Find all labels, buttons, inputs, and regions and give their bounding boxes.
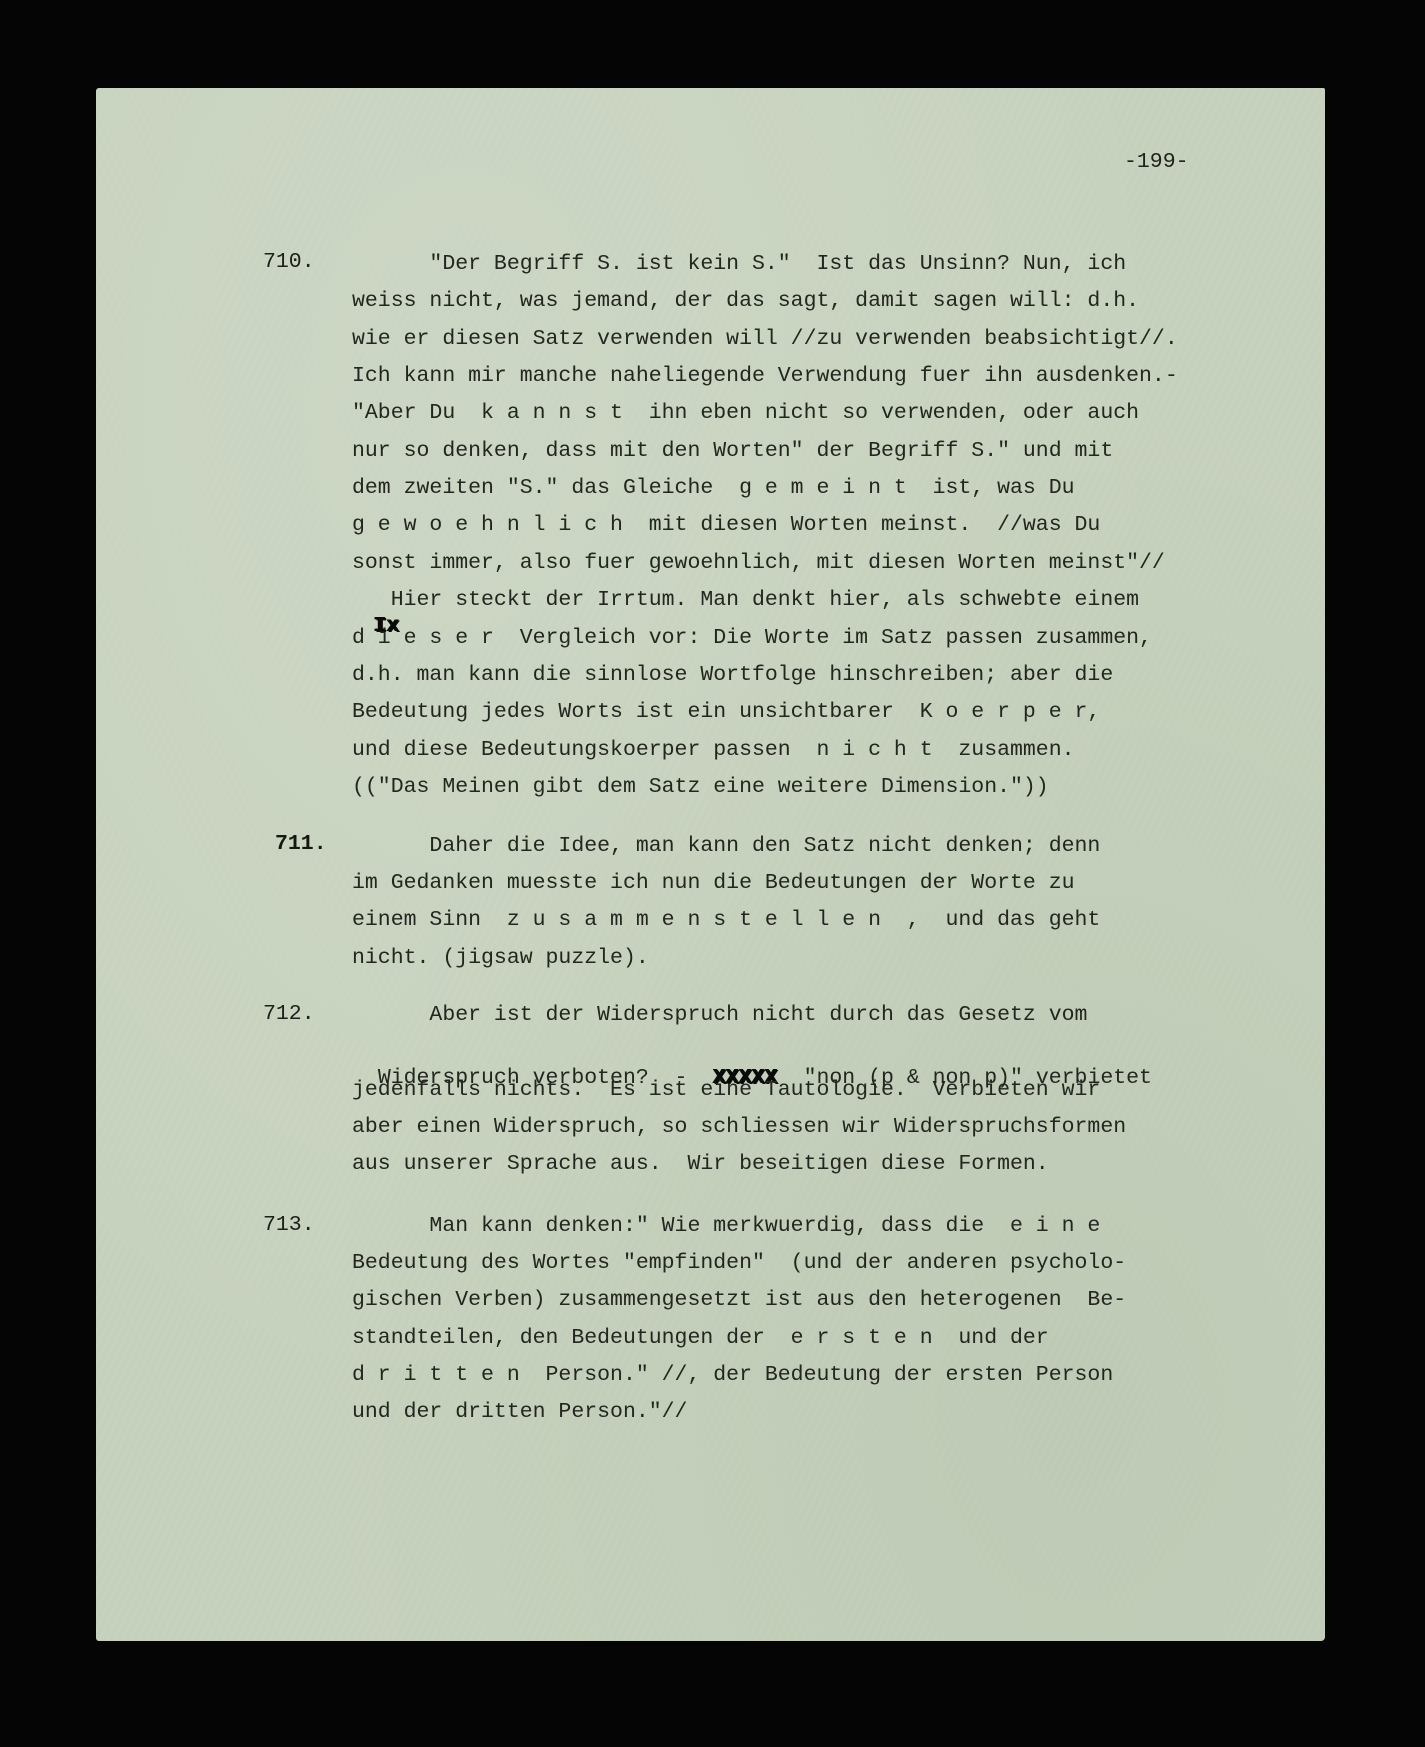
paragraph-710-line: (("Das Meinen gibt dem Satz eine weitere… xyxy=(352,774,1049,800)
paragraph-712-line: aus unserer Sprache aus. Wir beseitigen … xyxy=(352,1151,1049,1177)
paragraph-710-line: d i e s e r Vergleich vor: Die Worte im … xyxy=(352,625,1152,651)
typescript-page xyxy=(96,88,1325,1641)
paragraph-711-line: Daher die Idee, man kann den Satz nicht … xyxy=(352,833,1100,859)
paragraph-713-line: Man kann denken:" Wie merkwuerdig, dass … xyxy=(352,1213,1100,1239)
paragraph-710-line: dem zweiten "S." das Gleiche g e m e i n… xyxy=(352,475,1075,501)
paragraph-710-line: sonst immer, also fuer gewoehnlich, mit … xyxy=(352,550,1165,576)
paragraph-710-line: Hier steckt der Irrtum. Man denkt hier, … xyxy=(352,587,1139,613)
paragraph-number-711: 711. xyxy=(275,832,327,856)
paragraph-number-712: 712. xyxy=(263,1002,315,1026)
paragraph-710-line: g e w o e h n l i c h mit diesen Worten … xyxy=(352,512,1100,538)
paragraph-713-line: d r i t t e n Person." //, der Bedeutung… xyxy=(352,1362,1113,1388)
paragraph-number-710: 710. xyxy=(263,250,315,274)
paragraph-710-line: und diese Bedeutungskoerper passen n i c… xyxy=(352,737,1075,763)
paragraph-710-line: nur so denken, dass mit den Worten" der … xyxy=(352,438,1113,464)
page-number: -199- xyxy=(1124,150,1189,174)
paragraph-710-line: Ich kann mir manche naheliegende Verwend… xyxy=(352,363,1178,389)
paragraph-712-line: jedenfalls nichts. Es ist eine Tautologi… xyxy=(352,1077,1100,1103)
paragraph-713-line: gischen Verben) zusammengesetzt ist aus … xyxy=(352,1287,1126,1313)
paragraph-number-713: 713. xyxy=(263,1213,315,1237)
paragraph-711-line: nicht. (jigsaw puzzle). xyxy=(352,945,649,971)
paragraph-711-line: einem Sinn z u s a m m e n s t e l l e n… xyxy=(352,907,1100,933)
paragraph-710-line: weiss nicht, was jemand, der das sagt, d… xyxy=(352,288,1139,314)
paragraph-713-line: und der dritten Person."// xyxy=(352,1399,687,1425)
paragraph-712-line: aber einen Widerspruch, so schliessen wi… xyxy=(352,1114,1126,1140)
paragraph-710-line: d.h. man kann die sinnlose Wortfolge hin… xyxy=(352,662,1113,688)
paragraph-711-line: im Gedanken muesste ich nun die Bedeutun… xyxy=(352,870,1075,896)
paragraph-710-line: wie er diesen Satz verwenden will //zu v… xyxy=(352,326,1178,352)
paragraph-712-line: Aber ist der Widerspruch nicht durch das… xyxy=(352,1002,1087,1028)
paragraph-710-line: Bedeutung jedes Worts ist ein unsichtbar… xyxy=(352,699,1100,725)
paragraph-713-line: standteilen, den Bedeutungen der e r s t… xyxy=(352,1325,1049,1351)
paragraph-713-line: Bedeutung des Wortes "empfinden" (und de… xyxy=(352,1250,1126,1276)
paragraph-710-line: "Der Begriff S. ist kein S." Ist das Uns… xyxy=(352,251,1126,277)
paragraph-710-line: "Aber Du k a n n s t ihn eben nicht so v… xyxy=(352,400,1139,426)
